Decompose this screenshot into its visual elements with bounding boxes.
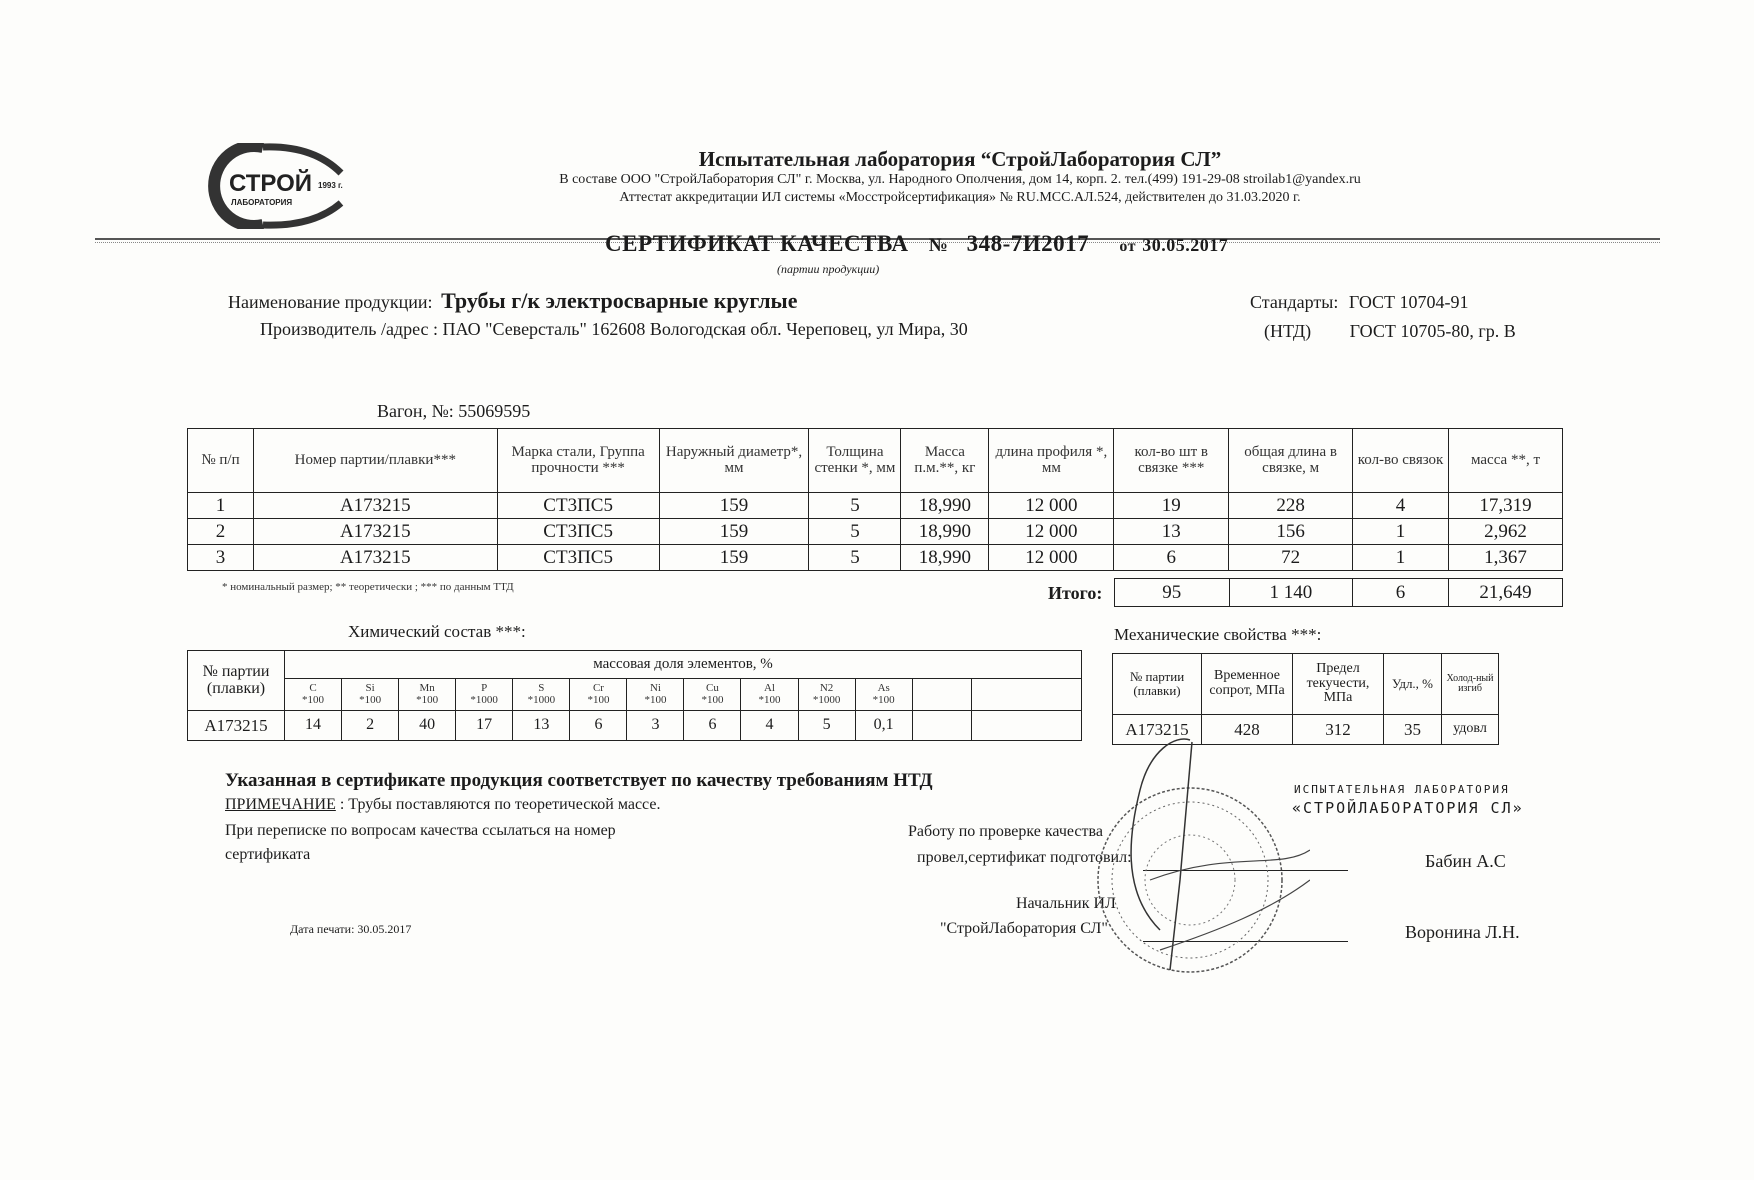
element-symbol: Cu bbox=[684, 683, 740, 695]
element-value: 6 bbox=[684, 711, 741, 741]
main-table-footnote: * номинальный размер; ** теоретически ; … bbox=[222, 581, 514, 593]
element-multiplier: *100 bbox=[684, 695, 740, 707]
table-cell: 1 bbox=[1353, 545, 1449, 571]
reference-line-2: сертификата bbox=[225, 846, 310, 864]
main-table-header: № п/п Номер партии/плавки*** Марка стали… bbox=[188, 429, 1563, 493]
element-symbol: S bbox=[513, 683, 569, 695]
header-cell: № партии (плавки) bbox=[1113, 654, 1202, 715]
total-cell: 21,649 bbox=[1448, 579, 1562, 607]
standards-row: Стандарты: ГОСТ 10704-91 bbox=[1250, 292, 1469, 313]
total-cell: 6 bbox=[1353, 579, 1449, 607]
cell: удовл bbox=[1442, 715, 1499, 745]
table-row: 3А173215СТ3ПС5159518,99012 00067211,367 bbox=[188, 545, 1563, 571]
empty-cell bbox=[972, 679, 1082, 711]
lab-stamp-icon bbox=[1080, 730, 1310, 1000]
table-cell: 2,962 bbox=[1449, 519, 1563, 545]
lab-address: В составе ООО "СтройЛаборатория СЛ" г. М… bbox=[420, 172, 1500, 188]
note-text: : Трубы поставляются по теоретической ма… bbox=[336, 796, 661, 813]
empty-cell bbox=[912, 679, 971, 711]
element-symbol: N2 bbox=[799, 683, 855, 695]
element-value: 2 bbox=[342, 711, 399, 741]
table-cell: А173215 bbox=[253, 519, 497, 545]
wagon-number: 55069595 bbox=[458, 401, 530, 421]
table-cell: 19 bbox=[1114, 493, 1229, 519]
header-cell: Холод-ный изгиб bbox=[1442, 654, 1499, 715]
element-multiplier: *100 bbox=[342, 695, 398, 707]
element-symbol: C bbox=[285, 683, 341, 695]
product-name-label: Наименование продукции: bbox=[228, 292, 433, 312]
header-cell: Удл., % bbox=[1384, 654, 1442, 715]
note-label: ПРИМЕЧАНИЕ bbox=[225, 796, 336, 813]
total-table: 95 1 140 6 21,649 bbox=[1114, 578, 1563, 607]
table-cell: СТ3ПС5 bbox=[497, 493, 659, 519]
table-cell: 5 bbox=[809, 519, 901, 545]
chemical-table: № партии (плавки) массовая доля элементо… bbox=[187, 650, 1082, 741]
element-header: Al*100 bbox=[741, 679, 798, 711]
mechanical-title: Механические свойства ***: bbox=[1114, 625, 1321, 645]
table-cell: 5 bbox=[809, 493, 901, 519]
head-name: Воронина Л.Н. bbox=[1405, 922, 1520, 943]
element-header: Si*100 bbox=[342, 679, 399, 711]
logo-text: СТРОЙ bbox=[229, 170, 312, 198]
total-cell: 1 140 bbox=[1229, 579, 1353, 607]
wagon-label: Вагон, №: bbox=[377, 401, 454, 421]
table-cell: 228 bbox=[1229, 493, 1353, 519]
element-multiplier: *1000 bbox=[513, 695, 569, 707]
table-cell: 13 bbox=[1114, 519, 1229, 545]
certificate-number-label: № bbox=[929, 235, 949, 256]
chemical-batch-header: № партии (плавки) bbox=[188, 651, 285, 711]
header-cell: Временное сопрот, МПа bbox=[1202, 654, 1293, 715]
wagon-row: Вагон, №: 55069595 bbox=[377, 401, 530, 422]
total-label: Итого: bbox=[1048, 583, 1102, 604]
element-header: Cr*100 bbox=[570, 679, 627, 711]
header-cell: общая длина в связке, м bbox=[1229, 429, 1353, 493]
header-cell: Марка стали, Группа прочности *** bbox=[497, 429, 659, 493]
certificate-title: СЕРТИФИКАТ КАЧЕСТВА № 348-7И2017 от 30.0… bbox=[605, 231, 1228, 257]
stamp-line-2: «СТРОЙЛАБОРАТОРИЯ СЛ» bbox=[1292, 799, 1524, 817]
certificate-subtitle: (партии продукции) bbox=[777, 262, 879, 277]
ntd-row: (НТД) ГОСТ 10705-80, гр. В bbox=[1264, 321, 1516, 342]
element-value: 4 bbox=[741, 711, 798, 741]
element-multiplier: *1000 bbox=[456, 695, 512, 707]
table-cell: 18,990 bbox=[901, 519, 989, 545]
element-symbol: Mn bbox=[399, 683, 455, 695]
table-cell: 1 bbox=[188, 493, 254, 519]
cell: 35 bbox=[1384, 715, 1442, 745]
table-cell: 18,990 bbox=[901, 545, 989, 571]
header-cell: Масса п.м.**, кг bbox=[901, 429, 989, 493]
element-multiplier: *100 bbox=[741, 695, 797, 707]
manufacturer: ПАО "Северсталь" 162608 Вологодская обл.… bbox=[443, 319, 968, 339]
logo-subtext: ЛАБОРАТОРИЯ bbox=[231, 198, 292, 207]
certificate-date: 30.05.2017 bbox=[1142, 235, 1228, 255]
header-cell: длина профиля *, мм bbox=[989, 429, 1114, 493]
table-cell: СТ3ПС5 bbox=[497, 545, 659, 571]
element-value: 13 bbox=[513, 711, 570, 741]
table-cell: 3 bbox=[188, 545, 254, 571]
element-header: Cu*100 bbox=[684, 679, 741, 711]
header-cell: кол-во шт в связке *** bbox=[1114, 429, 1229, 493]
certificate-number: 348-7И2017 bbox=[967, 231, 1090, 256]
inspector-name: Бабин А.С bbox=[1425, 851, 1506, 872]
element-value: 6 bbox=[570, 711, 627, 741]
product-name-row: Наименование продукции: Трубы г/к электр… bbox=[228, 288, 798, 314]
empty-cell bbox=[972, 711, 1082, 741]
print-date: Дата печати: 30.05.2017 bbox=[290, 922, 411, 937]
element-multiplier: *100 bbox=[399, 695, 455, 707]
mechanical-header: № партии (плавки) Временное сопрот, МПа … bbox=[1113, 654, 1499, 715]
table-cell: 1 bbox=[1353, 519, 1449, 545]
table-cell: 156 bbox=[1229, 519, 1353, 545]
certificate-title-text: СЕРТИФИКАТ КАЧЕСТВА bbox=[605, 231, 908, 256]
table-row: 1А173215СТ3ПС5159518,99012 00019228417,3… bbox=[188, 493, 1563, 519]
element-symbol: Ni bbox=[627, 683, 683, 695]
ntd-label: (НТД) bbox=[1264, 321, 1311, 341]
table-cell: 159 bbox=[659, 519, 809, 545]
table-cell: 159 bbox=[659, 545, 809, 571]
main-table: № п/п Номер партии/плавки*** Марка стали… bbox=[187, 428, 1563, 571]
header-cell: кол-во связок bbox=[1353, 429, 1449, 493]
element-symbol: Al bbox=[741, 683, 797, 695]
standard-1: ГОСТ 10704-91 bbox=[1349, 292, 1469, 312]
element-header: Ni*100 bbox=[627, 679, 684, 711]
inspector-label-1: Работу по проверке качества bbox=[908, 823, 1103, 841]
element-symbol: Si bbox=[342, 683, 398, 695]
table-row: 2А173215СТ3ПС5159518,99012 0001315612,96… bbox=[188, 519, 1563, 545]
table-cell: 4 bbox=[1353, 493, 1449, 519]
header-cell: масса **, т bbox=[1449, 429, 1563, 493]
element-value: 40 bbox=[399, 711, 456, 741]
stamp-line-1: ИСПЫТАТЕЛЬНАЯ ЛАБОРАТОРИЯ bbox=[1294, 783, 1510, 796]
total-row: 95 1 140 6 21,649 bbox=[1115, 579, 1563, 607]
element-header: N2*1000 bbox=[798, 679, 855, 711]
element-value: 14 bbox=[285, 711, 342, 741]
empty-cell bbox=[912, 711, 971, 741]
lab-logo: СТРОЙ ЛАБОРАТОРИЯ 1993 г. bbox=[193, 143, 351, 229]
element-symbol: As bbox=[856, 683, 912, 695]
header-cell: № п/п bbox=[188, 429, 254, 493]
element-header: P*1000 bbox=[456, 679, 513, 711]
table-cell: 12 000 bbox=[989, 519, 1114, 545]
table-cell: 6 bbox=[1114, 545, 1229, 571]
element-header: As*100 bbox=[855, 679, 912, 711]
chemical-group-header: массовая доля элементов, % bbox=[285, 651, 1082, 679]
manufacturer-label: Производитель /адрес : bbox=[260, 319, 438, 339]
table-cell: А173215 bbox=[253, 493, 497, 519]
element-header: Mn*100 bbox=[399, 679, 456, 711]
element-multiplier: *1000 bbox=[799, 695, 855, 707]
conformity-statement: Указанная в сертификате продукция соотве… bbox=[225, 770, 933, 792]
table-cell: 2 bbox=[188, 519, 254, 545]
header-cell: Номер партии/плавки*** bbox=[253, 429, 497, 493]
table-cell: 12 000 bbox=[989, 493, 1114, 519]
table-cell: 159 bbox=[659, 493, 809, 519]
element-value: 0,1 bbox=[855, 711, 912, 741]
table-cell: 1,367 bbox=[1449, 545, 1563, 571]
element-header: C*100 bbox=[285, 679, 342, 711]
element-value: 3 bbox=[627, 711, 684, 741]
header-cell: Наружный диаметр*, мм bbox=[659, 429, 809, 493]
standard-2: ГОСТ 10705-80, гр. В bbox=[1350, 321, 1516, 341]
element-header: S*1000 bbox=[513, 679, 570, 711]
element-value: 17 bbox=[456, 711, 513, 741]
chemical-batch: А173215 bbox=[188, 711, 285, 741]
chemical-title: Химический состав ***: bbox=[348, 622, 526, 642]
logo-year: 1993 г. bbox=[318, 181, 343, 190]
standards-label: Стандарты: bbox=[1250, 292, 1338, 312]
header-cell: Толщина стенки *, мм bbox=[809, 429, 901, 493]
element-multiplier: *100 bbox=[856, 695, 912, 707]
table-cell: СТ3ПС5 bbox=[497, 519, 659, 545]
product-name: Трубы г/к электросварные круглые bbox=[441, 288, 797, 313]
reference-line-1: При переписке по вопросам качества ссыла… bbox=[225, 822, 616, 840]
certificate-date-label: от bbox=[1119, 238, 1136, 255]
manufacturer-row: Производитель /адрес : ПАО "Северсталь" … bbox=[260, 319, 968, 340]
table-cell: А173215 bbox=[253, 545, 497, 571]
element-multiplier: *100 bbox=[627, 695, 683, 707]
lab-title: Испытательная лаборатория “СтройЛаборато… bbox=[460, 147, 1460, 172]
total-cell: 95 bbox=[1115, 579, 1230, 607]
table-cell: 17,319 bbox=[1449, 493, 1563, 519]
table-cell: 12 000 bbox=[989, 545, 1114, 571]
lab-accreditation: Аттестат аккредитации ИЛ системы «Мосстр… bbox=[460, 190, 1460, 206]
element-symbol: Cr bbox=[570, 683, 626, 695]
header-cell: Предел текучести, МПа bbox=[1293, 654, 1384, 715]
element-multiplier: *100 bbox=[285, 695, 341, 707]
table-cell: 72 bbox=[1229, 545, 1353, 571]
table-cell: 18,990 bbox=[901, 493, 989, 519]
element-multiplier: *100 bbox=[570, 695, 626, 707]
note-row: ПРИМЕЧАНИЕ : Трубы поставляются по теоре… bbox=[225, 796, 660, 814]
element-symbol: P bbox=[456, 683, 512, 695]
table-cell: 5 bbox=[809, 545, 901, 571]
element-value: 5 bbox=[798, 711, 855, 741]
